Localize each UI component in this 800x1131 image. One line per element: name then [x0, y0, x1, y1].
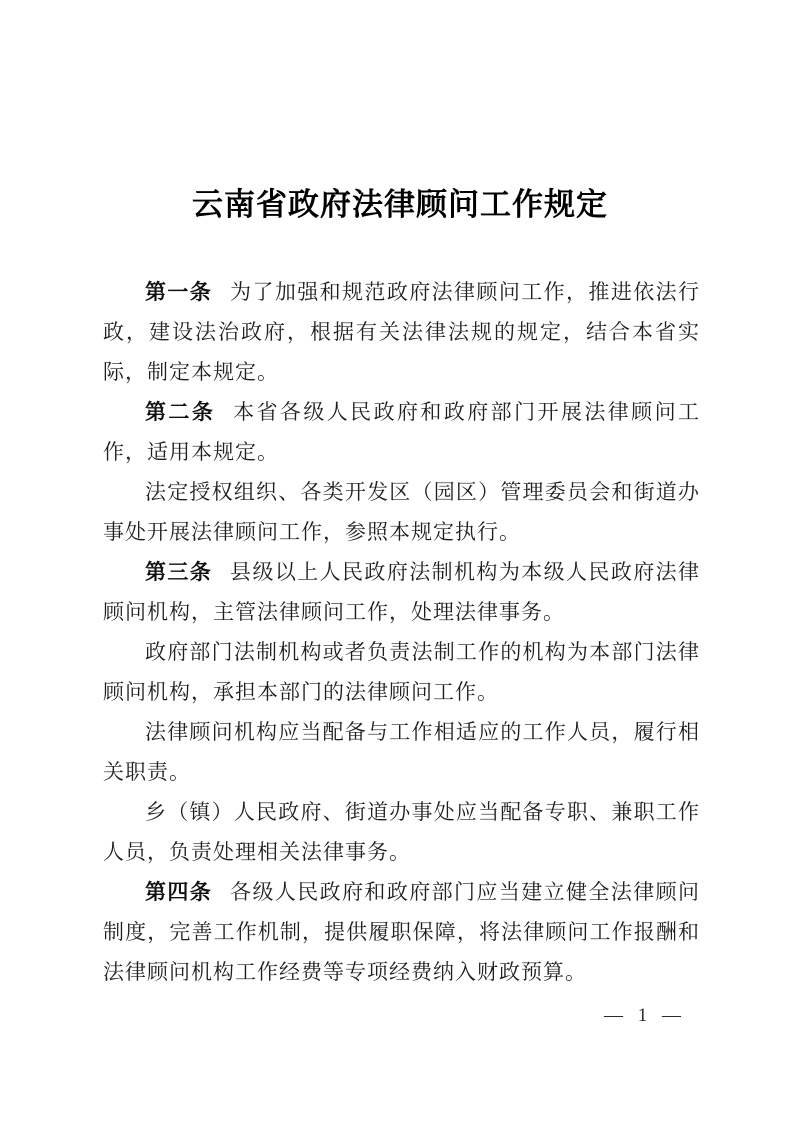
page-number: — 1 —: [604, 1004, 686, 1028]
article-number-label: 第三条: [145, 560, 212, 584]
document-body: 第一条为了加强和规范政府法律顾问工作，推进依法行政，建设法治政府，根据有关法律法…: [103, 272, 700, 992]
paragraph-text: 法定授权组织、各类开发区（园区）管理委员会和街道办事处开展法律顾问工作，参照本规…: [103, 480, 700, 544]
document-page: 云南省政府法律顾问工作规定 第一条为了加强和规范政府法律顾问工作，推进依法行政，…: [0, 0, 800, 1131]
paragraph: 第一条为了加强和规范政府法律顾问工作，推进依法行政，建设法治政府，根据有关法律法…: [103, 272, 700, 392]
article-number-label: 第四条: [145, 880, 212, 904]
paragraph-text: 政府部门法制机构或者负责法制工作的机构为本部门法律顾问机构，承担本部门的法律顾问…: [103, 640, 700, 704]
paragraph-text: 法律顾问机构应当配备与工作相适应的工作人员，履行相关职责。: [103, 720, 700, 784]
document-title: 云南省政府法律顾问工作规定: [0, 186, 800, 224]
article-number-label: 第一条: [145, 280, 212, 304]
paragraph: 第四条各级人民政府和政府部门应当建立健全法律顾问制度，完善工作机制，提供履职保障…: [103, 872, 700, 992]
paragraph: 第三条县级以上人民政府法制机构为本级人民政府法律顾问机构，主管法律顾问工作，处理…: [103, 552, 700, 632]
paragraph: 第二条本省各级人民政府和政府部门开展法律顾问工作，适用本规定。: [103, 392, 700, 472]
paragraph: 法定授权组织、各类开发区（园区）管理委员会和街道办事处开展法律顾问工作，参照本规…: [103, 472, 700, 552]
paragraph-text: 乡（镇）人民政府、街道办事处应当配备专职、兼职工作人员，负责处理相关法律事务。: [103, 800, 700, 864]
paragraph: 政府部门法制机构或者负责法制工作的机构为本部门法律顾问机构，承担本部门的法律顾问…: [103, 632, 700, 712]
paragraph: 乡（镇）人民政府、街道办事处应当配备专职、兼职工作人员，负责处理相关法律事务。: [103, 792, 700, 872]
article-number-label: 第二条: [145, 400, 215, 424]
paragraph: 法律顾问机构应当配备与工作相适应的工作人员，履行相关职责。: [103, 712, 700, 792]
